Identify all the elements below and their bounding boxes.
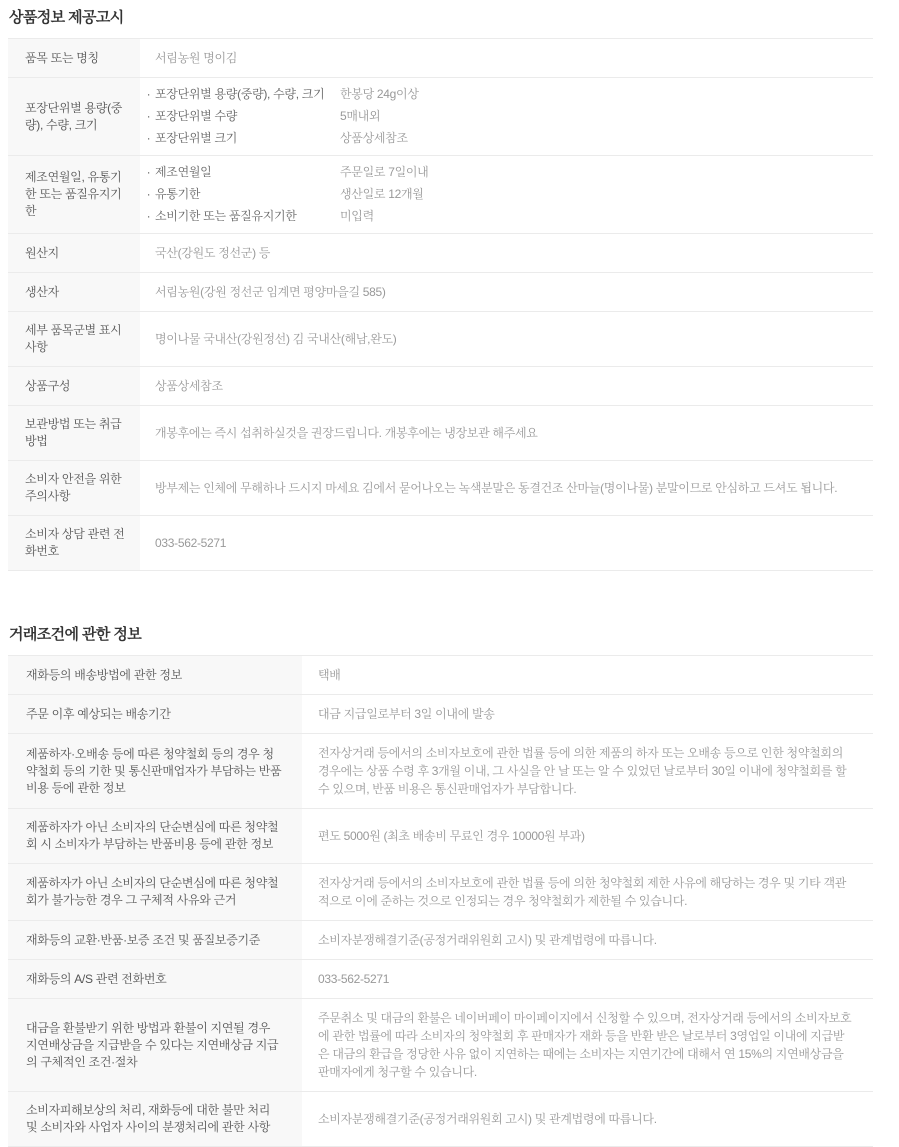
bullet-icon: · <box>142 208 155 225</box>
row-value: 대금 지급일로부터 3일 이내에 발송 <box>302 695 873 733</box>
table-row: 보관방법 또는 취급방법 개봉후에는 즉시 섭취하실것을 권장드립니다. 개봉후… <box>8 406 873 461</box>
sub-row-value: 5매내외 <box>340 108 858 125</box>
table-row: 재화등의 교환·반품·보증 조건 및 품질보증기준 소비자분쟁해결기준(공정거래… <box>8 921 873 960</box>
bullet-icon: · <box>142 164 155 181</box>
row-value: 033-562-5271 <box>140 516 873 570</box>
row-label: 제품하자가 아닌 소비자의 단순변심에 따른 청약철회 시 소비자가 부담하는 … <box>8 809 302 863</box>
page-content: 상품정보 제공고시 품목 또는 명칭 서림농원 명이김 포장단위별 용량(중량)… <box>8 0 873 1147</box>
table-row: 상품구성 상품상세참조 <box>8 367 873 406</box>
sub-row: · 유통기한 생산일로 12개월 <box>142 186 858 203</box>
sub-row-label: 포장단위별 수량 <box>155 108 340 125</box>
sub-row-label: 유통기한 <box>155 186 340 203</box>
row-value: 명이나물 국내산(강원정선) 김 국내산(해남,완도) <box>140 312 873 366</box>
sub-row-value: 한봉당 24g이상 <box>340 86 858 103</box>
sub-row-label: 소비기한 또는 품질유지기한 <box>155 208 340 225</box>
trade-terms-section: 거래조건에 관한 정보 재화등의 배송방법에 관한 정보 택배 주문 이후 예상… <box>8 623 873 1147</box>
table-row: 소비자피해보상의 처리, 재화등에 대한 불만 처리 및 소비자와 사업자 사이… <box>8 1092 873 1147</box>
row-label: 재화등의 배송방법에 관한 정보 <box>8 656 302 694</box>
row-value: 상품상세참조 <box>140 367 873 405</box>
row-value: 전자상거래 등에서의 소비자보호에 관한 법률 등에 의한 청약철회 제한 사유… <box>302 864 873 920</box>
row-label: 주문 이후 예상되는 배송기간 <box>8 695 302 733</box>
table-row: 품목 또는 명칭 서림농원 명이김 <box>8 39 873 78</box>
row-value: 전자상거래 등에서의 소비자보호에 관한 법률 등에 의한 제품의 하자 또는 … <box>302 734 873 808</box>
row-label: 제품하자가 아닌 소비자의 단순변심에 따른 청약철회가 불가능한 경우 그 구… <box>8 864 302 920</box>
row-value: 주문취소 및 대금의 환불은 네이버페이 마이페이지에서 신청할 수 있으며, … <box>302 999 873 1091</box>
row-label: 제조연월일, 유통기한 또는 품질유지기한 <box>8 156 140 233</box>
row-value: · 제조연월일 주문일로 7일이내 · 유통기한 생산일로 12개월 · 소비기… <box>140 156 873 233</box>
sub-row: · 포장단위별 수량 5매내외 <box>142 108 858 125</box>
trade-terms-table: 재화등의 배송방법에 관한 정보 택배 주문 이후 예상되는 배송기간 대금 지… <box>8 655 873 1147</box>
table-row: 주문 이후 예상되는 배송기간 대금 지급일로부터 3일 이내에 발송 <box>8 695 873 734</box>
sub-row: · 포장단위별 크기 상품상세참조 <box>142 130 858 147</box>
sub-row: · 포장단위별 용량(중량), 수량, 크기 한봉당 24g이상 <box>142 86 858 103</box>
row-label: 생산자 <box>8 273 140 311</box>
sub-row-value: 미입력 <box>340 208 858 225</box>
row-label: 소비자 안전을 위한 주의사항 <box>8 461 140 515</box>
row-value: 서림농원(강원 정선군 임계면 평양마을길 585) <box>140 273 873 311</box>
row-label: 원산지 <box>8 234 140 272</box>
sub-row-label: 제조연월일 <box>155 164 340 181</box>
sub-row-value: 상품상세참조 <box>340 130 858 147</box>
table-row: 생산자 서림농원(강원 정선군 임계면 평양마을길 585) <box>8 273 873 312</box>
row-value: 국산(강원도 정선군) 등 <box>140 234 873 272</box>
table-row: 소비자 안전을 위한 주의사항 방부제는 인체에 무해하나 드시지 마세요 김에… <box>8 461 873 516</box>
row-value: 서림농원 명이김 <box>140 39 873 77</box>
row-label: 제품하자·오배송 등에 따른 청약철회 등의 경우 청약철회 등의 기한 및 통… <box>8 734 302 808</box>
table-row: 포장단위별 용량(중량), 수량, 크기 · 포장단위별 용량(중량), 수량,… <box>8 78 873 156</box>
product-info-table: 품목 또는 명칭 서림농원 명이김 포장단위별 용량(중량), 수량, 크기 ·… <box>8 38 873 571</box>
table-row: 제품하자가 아닌 소비자의 단순변심에 따른 청약철회 시 소비자가 부담하는 … <box>8 809 873 864</box>
row-value: 개봉후에는 즉시 섭취하실것을 권장드립니다. 개봉후에는 냉장보관 해주세요 <box>140 406 873 460</box>
sub-row-value: 생산일로 12개월 <box>340 186 858 203</box>
row-label: 세부 품목군별 표시사항 <box>8 312 140 366</box>
row-value: 택배 <box>302 656 873 694</box>
table-row: 재화등의 배송방법에 관한 정보 택배 <box>8 656 873 695</box>
row-label: 대금을 환불받기 위한 방법과 환불이 지연될 경우 지연배상금을 지급받을 수… <box>8 999 302 1091</box>
sub-row: · 소비기한 또는 품질유지기한 미입력 <box>142 208 858 225</box>
table-row: 소비자 상담 관련 전화번호 033-562-5271 <box>8 516 873 571</box>
row-label: 품목 또는 명칭 <box>8 39 140 77</box>
sub-row: · 제조연월일 주문일로 7일이내 <box>142 164 858 181</box>
table-row: 대금을 환불받기 위한 방법과 환불이 지연될 경우 지연배상금을 지급받을 수… <box>8 999 873 1092</box>
row-label: 상품구성 <box>8 367 140 405</box>
table-row: 제품하자가 아닌 소비자의 단순변심에 따른 청약철회가 불가능한 경우 그 구… <box>8 864 873 921</box>
row-value: 방부제는 인체에 무해하나 드시지 마세요 김에서 묻어나오는 녹색분말은 동결… <box>140 461 873 515</box>
table-row: 제조연월일, 유통기한 또는 품질유지기한 · 제조연월일 주문일로 7일이내 … <box>8 156 873 234</box>
row-value: 033-562-5271 <box>302 960 873 998</box>
table-row: 원산지 국산(강원도 정선군) 등 <box>8 234 873 273</box>
bullet-icon: · <box>142 86 155 103</box>
bullet-icon: · <box>142 130 155 147</box>
bullet-icon: · <box>142 108 155 125</box>
table-row: 세부 품목군별 표시사항 명이나물 국내산(강원정선) 김 국내산(해남,완도) <box>8 312 873 367</box>
sub-row-label: 포장단위별 용량(중량), 수량, 크기 <box>155 86 340 103</box>
product-info-section: 상품정보 제공고시 품목 또는 명칭 서림농원 명이김 포장단위별 용량(중량)… <box>8 6 873 571</box>
row-label: 보관방법 또는 취급방법 <box>8 406 140 460</box>
table-row: 재화등의 A/S 관련 전화번호 033-562-5271 <box>8 960 873 999</box>
row-value: 소비자분쟁해결기준(공정거래위원회 고시) 및 관계법령에 따릅니다. <box>302 921 873 959</box>
row-label: 재화등의 교환·반품·보증 조건 및 품질보증기준 <box>8 921 302 959</box>
row-label: 소비자피해보상의 처리, 재화등에 대한 불만 처리 및 소비자와 사업자 사이… <box>8 1092 302 1146</box>
row-label: 소비자 상담 관련 전화번호 <box>8 516 140 570</box>
row-label: 포장단위별 용량(중량), 수량, 크기 <box>8 78 140 155</box>
row-value: 편도 5000원 (최초 배송비 무료인 경우 10000원 부과) <box>302 809 873 863</box>
bullet-icon: · <box>142 186 155 203</box>
product-info-title: 상품정보 제공고시 <box>8 6 873 27</box>
row-label: 재화등의 A/S 관련 전화번호 <box>8 960 302 998</box>
trade-terms-title: 거래조건에 관한 정보 <box>8 623 873 644</box>
sub-row-value: 주문일로 7일이내 <box>340 164 858 181</box>
sub-row-label: 포장단위별 크기 <box>155 130 340 147</box>
row-value: · 포장단위별 용량(중량), 수량, 크기 한봉당 24g이상 · 포장단위별… <box>140 78 873 155</box>
row-value: 소비자분쟁해결기준(공정거래위원회 고시) 및 관계법령에 따릅니다. <box>302 1092 873 1146</box>
table-row: 제품하자·오배송 등에 따른 청약철회 등의 경우 청약철회 등의 기한 및 통… <box>8 734 873 809</box>
